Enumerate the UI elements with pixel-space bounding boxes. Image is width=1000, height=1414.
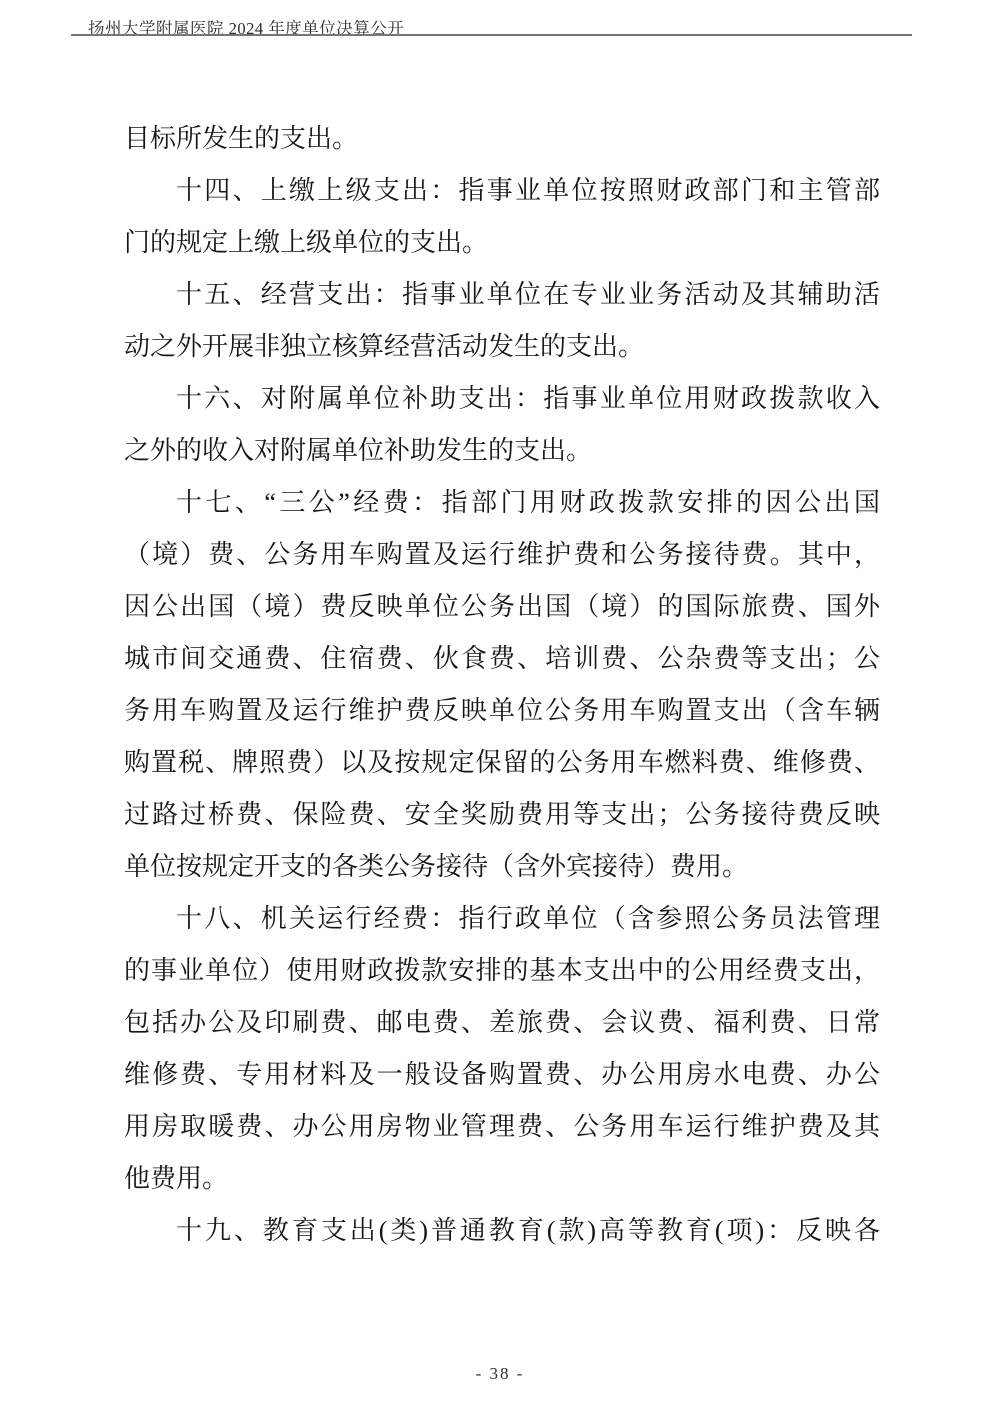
body-line: 维修费、专用材料及一般设备购置费、办公用房水电费、办公 (124, 1049, 880, 1101)
body-line: 因公出国（境）费反映单位公务出国（境）的国际旅费、国外 (124, 581, 880, 633)
body-line: 门的规定上缴上级单位的支出。 (124, 217, 880, 269)
body-line: 目标所发生的支出。 (124, 113, 880, 165)
body-line: 他费用。 (124, 1153, 880, 1205)
document-page: 扬州大学附属医院 2024 年度单位决算公开 目标所发生的支出。十四、上缴上级支… (0, 0, 1000, 1414)
body-line: 十九、教育支出(类)普通教育(款)高等教育(项)：反映各 (124, 1205, 880, 1257)
body-line: 购置税、牌照费）以及按规定保留的公务用车燃料费、维修费、 (124, 737, 880, 789)
body-line: 十五、经营支出：指事业单位在专业业务活动及其辅助活 (124, 269, 880, 321)
body-line: 用房取暖费、办公用房物业管理费、公务用车运行维护费及其 (124, 1101, 880, 1153)
body-line: 城市间交通费、住宿费、伙食费、培训费、公杂费等支出；公 (124, 633, 880, 685)
document-body: 目标所发生的支出。十四、上缴上级支出：指事业单位按照财政部门和主管部门的规定上缴… (124, 113, 880, 1257)
body-line: （境）费、公务用车购置及运行维护费和公务接待费。其中， (124, 529, 880, 581)
body-line: 包括办公及印刷费、邮电费、差旅费、会议费、福利费、日常 (124, 997, 880, 1049)
body-line: 十六、对附属单位补助支出：指事业单位用财政拨款收入 (124, 373, 880, 425)
body-line: 过路过桥费、保险费、安全奖励费用等支出；公务接待费反映 (124, 789, 880, 841)
page-number: - 38 - (476, 1364, 525, 1383)
body-line: 十八、机关运行经费：指行政单位（含参照公务员法管理 (124, 893, 880, 945)
body-line: 的事业单位）使用财政拨款安排的基本支出中的公用经费支出， (124, 945, 880, 997)
page-footer: - 38 - (0, 1364, 1000, 1384)
body-line: 之外的收入对附属单位补助发生的支出。 (124, 425, 880, 477)
body-line: 十四、上缴上级支出：指事业单位按照财政部门和主管部 (124, 165, 880, 217)
body-line: 务用车购置及运行维护费反映单位公务用车购置支出（含车辆 (124, 685, 880, 737)
body-line: 动之外开展非独立核算经营活动发生的支出。 (124, 321, 880, 373)
header-rule (71, 34, 912, 36)
body-line: 单位按规定开支的各类公务接待（含外宾接待）费用。 (124, 841, 880, 893)
body-line: 十七、“三公”经费：指部门用财政拨款安排的因公出国 (124, 477, 880, 529)
